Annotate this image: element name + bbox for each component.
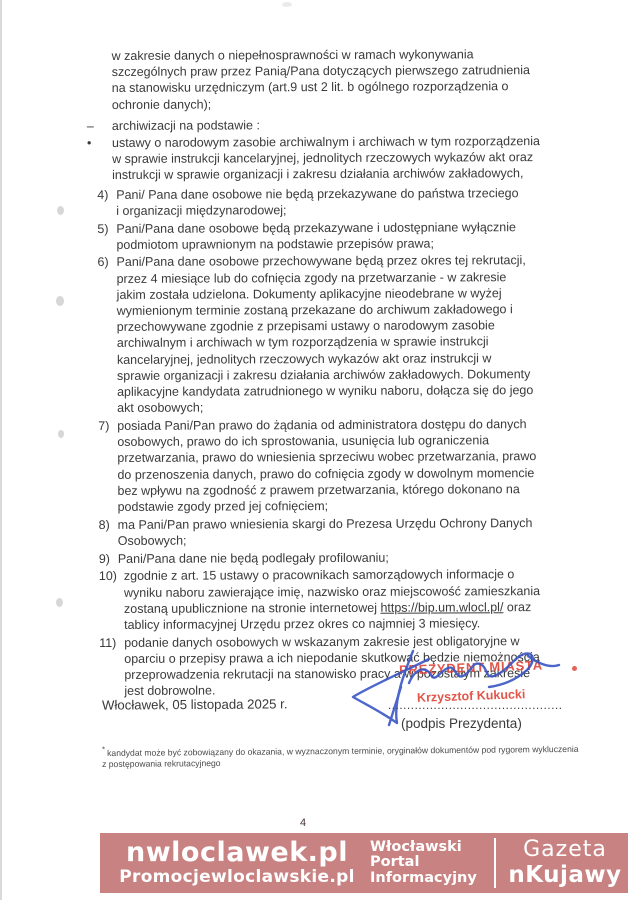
scan-edge-line [0, 0, 2, 900]
banner-brand-block: Gazeta nKujawy [502, 838, 628, 888]
item-text: ma Pani/Pan prawo wniesienia skargi do P… [118, 515, 533, 549]
item-number: 6) [97, 254, 117, 416]
scan-speck [57, 206, 64, 215]
footer-watermark-banner: nwloclawek.pl Promocjewloclawskie.pl Wło… [100, 833, 628, 893]
banner-site1-text: nwloclawek.pl [108, 839, 366, 867]
list-item-9: 9) Pani/Pana dane nie będą podlegały pro… [99, 549, 575, 567]
list-item-8: 8) ma Pani/Pan prawo wniesienia skargi d… [99, 515, 575, 549]
banner-tagline: Włocławski Portal Informacyjny [370, 840, 492, 887]
scan-speck [56, 296, 64, 306]
scanned-document-page: { "colors": { "text": "#3a3a3a", "stamp_… [0, 0, 636, 900]
list-item-6: 6) Pani/Pana dane osobowe przechowywane … [97, 252, 574, 416]
item-number: 5) [97, 220, 116, 252]
item-number: 10) [99, 568, 124, 633]
numbered-list: 4) Pani/ Pana dane osobowe nie będą prze… [97, 185, 575, 700]
page-number: 4 [300, 817, 306, 829]
signature-caption: (podpis Prezydenta) [401, 716, 522, 731]
footnote: *kandydat może być zobowiązany do okazan… [102, 741, 572, 770]
list-item-10: 10) zgodnie z art. 15 ustawy o pracownik… [99, 566, 575, 633]
scan-speck [56, 598, 63, 607]
place-date-line: Włocławek, 05 listopada 2025 r. [102, 696, 288, 712]
item-text: posiada Pani/Pan prawo do żądania od adm… [117, 416, 536, 515]
item-number: 11) [99, 635, 124, 700]
bullet-list-item: • ustawy o narodowym zasobie archiwalnym… [87, 133, 573, 184]
banner-site-block: nwloclawek.pl Promocjewloclawskie.pl [100, 839, 366, 887]
banner-divider [494, 838, 496, 888]
signature-dotted-line: ........................................… [388, 700, 563, 712]
document-body: w zakresie danych o niepełnosprawności w… [87, 46, 576, 701]
scan-speck [282, 2, 292, 7]
bullet-marker: • [87, 135, 112, 184]
item-number: 4) [97, 187, 116, 219]
banner-brand2-text: nKujawy [502, 862, 628, 888]
list-item-4: 4) Pani/ Pana dane osobowe nie będą prze… [97, 185, 573, 219]
dash-item-text: archiwizacji na podstawie : [112, 117, 260, 134]
bullet-item-text: ustawy o narodowym zasobie archiwalnym i… [112, 133, 540, 183]
item-number: 9) [99, 551, 118, 567]
item-text: Pani/Pana dane osobowe przechowywane będ… [116, 253, 533, 417]
item-text: Pani/Pana dane nie będą podlegały profil… [118, 549, 389, 566]
footnote-text: kandydat może być zobowiązany do okazani… [102, 744, 579, 769]
banner-brand1-text: Gazeta [502, 838, 628, 862]
scan-speck [58, 430, 64, 438]
footnote-marker: * [102, 745, 105, 754]
item-text: zgodnie z art. 15 ustawy o pracownikach … [124, 566, 540, 633]
item-number: 7) [98, 418, 117, 515]
dash-marker: – [87, 118, 112, 134]
item-text: Pani/ Pana dane osobowe nie będą przekaz… [116, 185, 518, 219]
banner-site2-text: Promocjewloclawskie.pl [108, 867, 366, 887]
item-text: Pani/Pana dane osobowe będą przekazywane… [116, 219, 516, 253]
dash-list-item: – archiwizacji na podstawie : [87, 116, 573, 134]
intro-paragraph: w zakresie danych o niepełnosprawności w… [112, 46, 573, 113]
item-number: 8) [99, 517, 118, 549]
list-item-5: 5) Pani/Pana dane osobowe będą przekazyw… [97, 218, 573, 252]
bip-url-link: https://bip.um.wlocl.pl/ [380, 600, 503, 615]
list-item-7: 7) posiada Pani/Pan prawo do żądania od … [98, 416, 574, 515]
